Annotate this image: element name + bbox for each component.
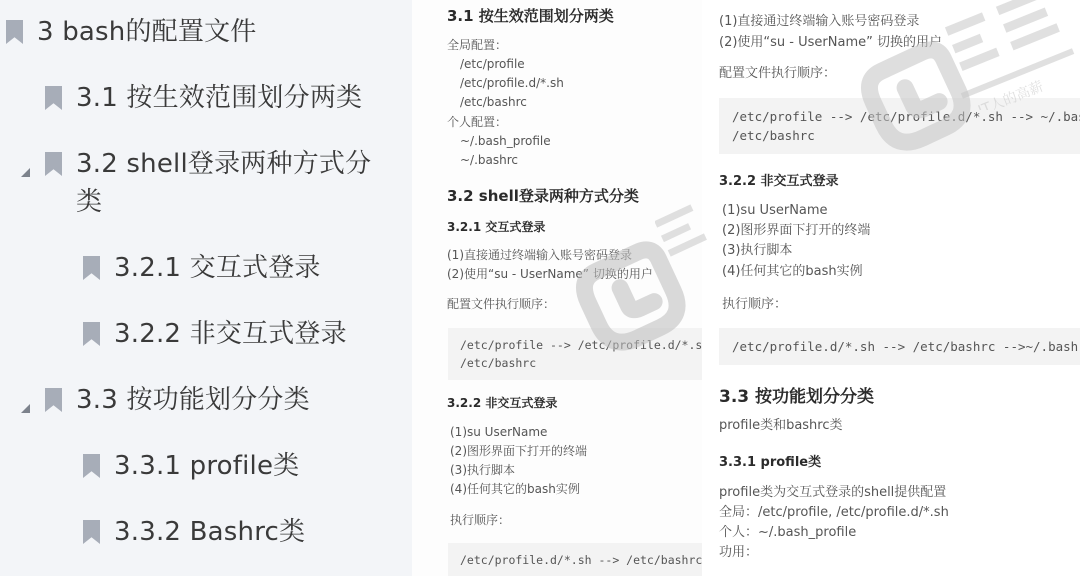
list-item: (3)执行脚本	[450, 461, 515, 481]
bookmark-icon	[83, 322, 100, 346]
expand-toggle-icon[interactable]	[21, 168, 30, 177]
bookmark-label: 3.2.2 非交互式登录	[114, 315, 347, 353]
code-block: /etc/profile --> /etc/profile.d/*.sh -->…	[719, 98, 1080, 154]
bookmark-item-3-2[interactable]: 3.2 shell登录两种方式分类	[45, 145, 395, 221]
bookmark-label: 3.3.2 Bashrc类	[114, 513, 305, 551]
order-label: 执行顺序：	[722, 295, 787, 316]
bookmark-panel: 3 bash的配置文件 3.1 按生效范围划分两类 3.2 shell登录两种方…	[0, 0, 412, 576]
bookmark-icon	[45, 388, 62, 412]
bookmark-item-3-3[interactable]: 3.3 按功能划分分类	[45, 381, 310, 419]
list-item: (1)su UserName	[722, 201, 828, 222]
document-page-right: (1)直接通过终端输入账号密码登录 (2)使用“su - UserName” 切…	[702, 0, 1080, 576]
personal-config-label: 个人配置：	[447, 113, 507, 133]
bookmark-icon	[45, 86, 62, 110]
bookmark-icon	[45, 152, 62, 176]
bookmark-item-3-2-2[interactable]: 3.2.2 非交互式登录	[83, 315, 347, 353]
global-config-item: /etc/profile	[460, 55, 525, 75]
heading-3-2-2: 3.2.2 非交互式登录	[447, 394, 557, 411]
bookmark-icon	[6, 20, 23, 44]
order-label: 配置文件执行顺序：	[447, 295, 555, 315]
code-line: /etc/bashrc	[460, 354, 702, 372]
list-item: (2)图形界面下打开的终端	[450, 442, 587, 462]
list-item: (3)执行脚本	[722, 241, 792, 262]
order-label: 配置文件执行顺序：	[719, 64, 836, 85]
paragraph: profile类为交互式登录的shell提供配置	[719, 483, 946, 504]
list-item: (2)使用“su - UserName” 切换的用户	[719, 33, 942, 54]
personal-config-item: ~/.bash_profile	[460, 132, 551, 152]
heading-3-2-2: 3.2.2 非交互式登录	[719, 170, 839, 189]
bookmark-item-3-3-2[interactable]: 3.3.2 Bashrc类	[83, 513, 305, 551]
paragraph: 功用：	[719, 543, 758, 564]
heading-3-3: 3.3 按功能划分分类	[719, 382, 874, 407]
list-item: (4)任何其它的bash实例	[450, 480, 580, 500]
code-line: /etc/profile --> /etc/profile.d/*.sh -->…	[460, 336, 702, 354]
code-line: /etc/profile --> /etc/profile.d/*.sh -->…	[732, 107, 1080, 126]
list-item: (2)图形界面下打开的终端	[722, 221, 870, 242]
order-label: 执行顺序：	[450, 511, 510, 531]
document-page-middle: 3.1 按生效范围划分两类 全局配置： /etc/profile /etc/pr…	[412, 0, 702, 576]
list-item: (2)使用“su - UserName” 切换的用户	[447, 265, 653, 285]
paragraph: 个人：~/.bash_profile	[719, 523, 856, 544]
bookmark-icon	[83, 520, 100, 544]
code-line: /etc/profile.d/*.sh --> /etc/bashrc -->~…	[732, 337, 1080, 356]
heading-3-2: 3.2 shell登录两种方式分类	[447, 185, 639, 206]
paragraph: 全局：/etc/profile, /etc/profile.d/*.sh	[719, 503, 949, 524]
list-item: (1)直接通过终端输入账号密码登录	[447, 246, 632, 266]
global-config-label: 全局配置：	[447, 36, 507, 56]
list-item: (4)任何其它的bash实例	[722, 262, 863, 283]
code-block: /etc/profile --> /etc/profile.d/*.sh -->…	[448, 328, 702, 380]
expand-toggle-icon[interactable]	[21, 404, 30, 413]
bookmark-item-3-1[interactable]: 3.1 按生效范围划分两类	[45, 79, 362, 117]
bookmark-label: 3.2 shell登录两种方式分类	[76, 145, 395, 221]
heading-3-3-1: 3.3.1 profile类	[719, 451, 821, 470]
bookmark-item-3[interactable]: 3 bash的配置文件	[6, 13, 256, 51]
bookmark-label: 3 bash的配置文件	[37, 13, 256, 51]
list-item: (1)su UserName	[450, 423, 547, 443]
bookmark-label: 3.1 按生效范围划分两类	[76, 79, 362, 117]
list-item: (1)直接通过终端输入账号密码登录	[719, 12, 919, 33]
bookmark-label: 3.2.1 交互式登录	[114, 249, 321, 287]
code-line: /etc/bashrc	[732, 126, 1080, 145]
code-block: /etc/profile.d/*.sh --> /etc/bashrc -->~…	[719, 328, 1080, 365]
global-config-item: /etc/profile.d/*.sh	[460, 74, 564, 94]
bookmark-item-3-3-1[interactable]: 3.3.1 profile类	[83, 447, 299, 485]
heading-3-2-1: 3.2.1 交互式登录	[447, 218, 545, 235]
bookmark-label: 3.3 按功能划分分类	[76, 381, 310, 419]
bookmark-label: 3.3.1 profile类	[114, 447, 299, 485]
bookmark-item-3-2-1[interactable]: 3.2.1 交互式登录	[83, 249, 321, 287]
global-config-item: /etc/bashrc	[460, 93, 527, 113]
heading-3-1: 3.1 按生效范围划分两类	[447, 5, 614, 26]
paragraph: profile类和bashrc类	[719, 416, 843, 437]
code-block: /etc/profile.d/*.sh --> /etc/bashrc -->~…	[448, 543, 702, 576]
personal-config-item: ~/.bashrc	[460, 151, 518, 171]
code-line: /etc/profile.d/*.sh --> /etc/bashrc -->~…	[460, 551, 702, 569]
bookmark-icon	[83, 256, 100, 280]
bookmark-icon	[83, 454, 100, 478]
